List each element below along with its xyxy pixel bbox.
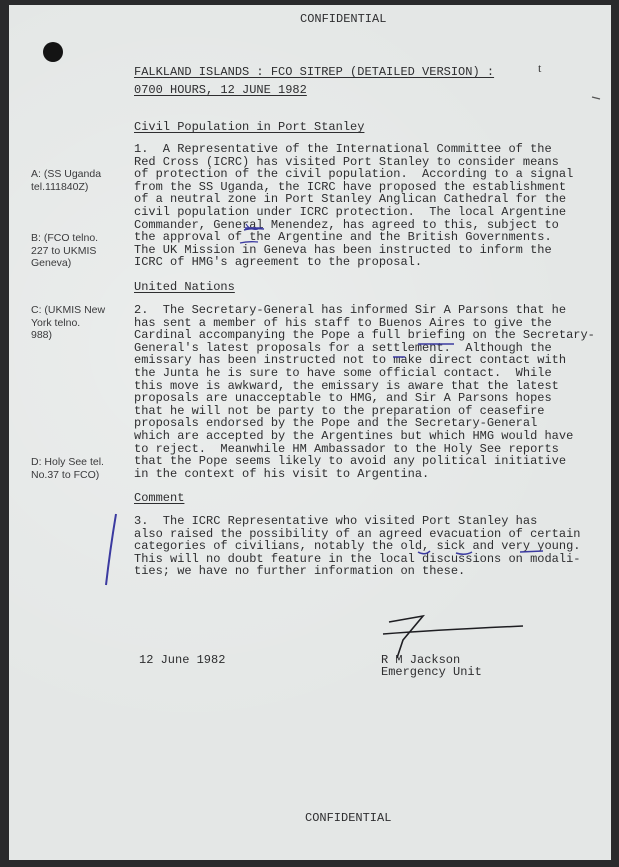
pen-annotations: t xyxy=(0,0,619,867)
svg-text:t: t xyxy=(538,61,542,75)
footer-classification: CONFIDENTIAL xyxy=(305,812,391,825)
